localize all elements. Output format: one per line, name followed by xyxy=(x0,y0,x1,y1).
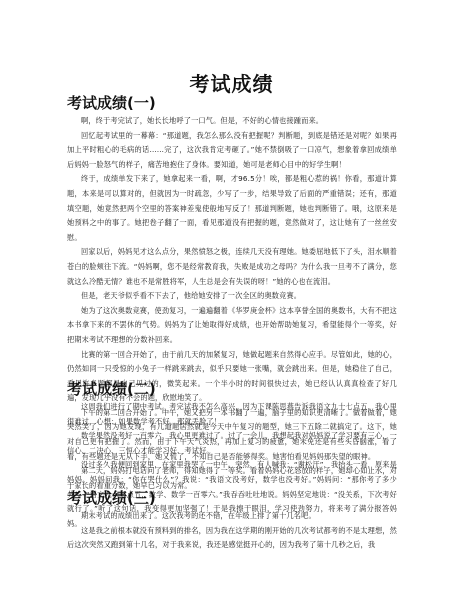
paragraph: 回家以后，妈妈见才这么点分，果然愤怒之极，连续几天没有理她。她委屈地低下了头，泪… xyxy=(67,245,397,289)
paragraph: 这是我之前根本就没有预料到的排名，因为我在这学期的刚开始的几次考试都考的不是太理… xyxy=(67,524,397,553)
paragraph: 终于，成绩单发下来了，她拿起来一看，啊，才96.5分！唉，都是粗心惹的祸！你看，… xyxy=(67,172,397,245)
document-page: 考试成绩 考试成绩(一) 啊，终于考完试了，她长长地呼了一口气。但是，不好的心情… xyxy=(0,0,463,600)
paragraph: 数学果然没考好一百零六，我心里更难过了。过了一会儿，我想起我对妈妈说了学习要有三… xyxy=(67,429,397,458)
section-heading: 考试成绩(二) xyxy=(67,380,397,398)
paragraph: 但是，老天爷似乎看不下去了，他给她安排了一次全区的奥数竞赛。 xyxy=(67,289,397,304)
section-heading: 考试成绩(三) xyxy=(67,489,397,507)
document-title: 考试成绩 xyxy=(0,68,463,97)
paragraph: 期末考试的成绩出来了。这次我考的还不错，在年级上排了第十几名吧。 xyxy=(67,509,397,524)
paragraph: 啊，终于考完试了，她长长地呼了一口气。但是，不好的心情也接踵而来。 xyxy=(67,114,397,129)
paragraph: 她为了这次奥数竞赛，使劲复习，一遍遍翻着《华罗庚金杯》这本享誉全国的奥数书，大有… xyxy=(67,304,397,348)
paragraph: 这周我们进行了期中考试。考完试我不怎么高兴，因为下课陈思燕告诉我语文九十七点五，… xyxy=(67,400,397,429)
paragraph: 回忆起考试里的一幕幕：“那道题，我怎么那么没有把握呢？判断题，到底是错还是对呢？… xyxy=(67,129,397,173)
section-exam-results-3: 考试成绩(三) 期末考试的成绩出来了。这次我考的还不错，在年级上排了第十几名吧。… xyxy=(67,489,397,553)
section-heading: 考试成绩(一) xyxy=(67,94,397,112)
